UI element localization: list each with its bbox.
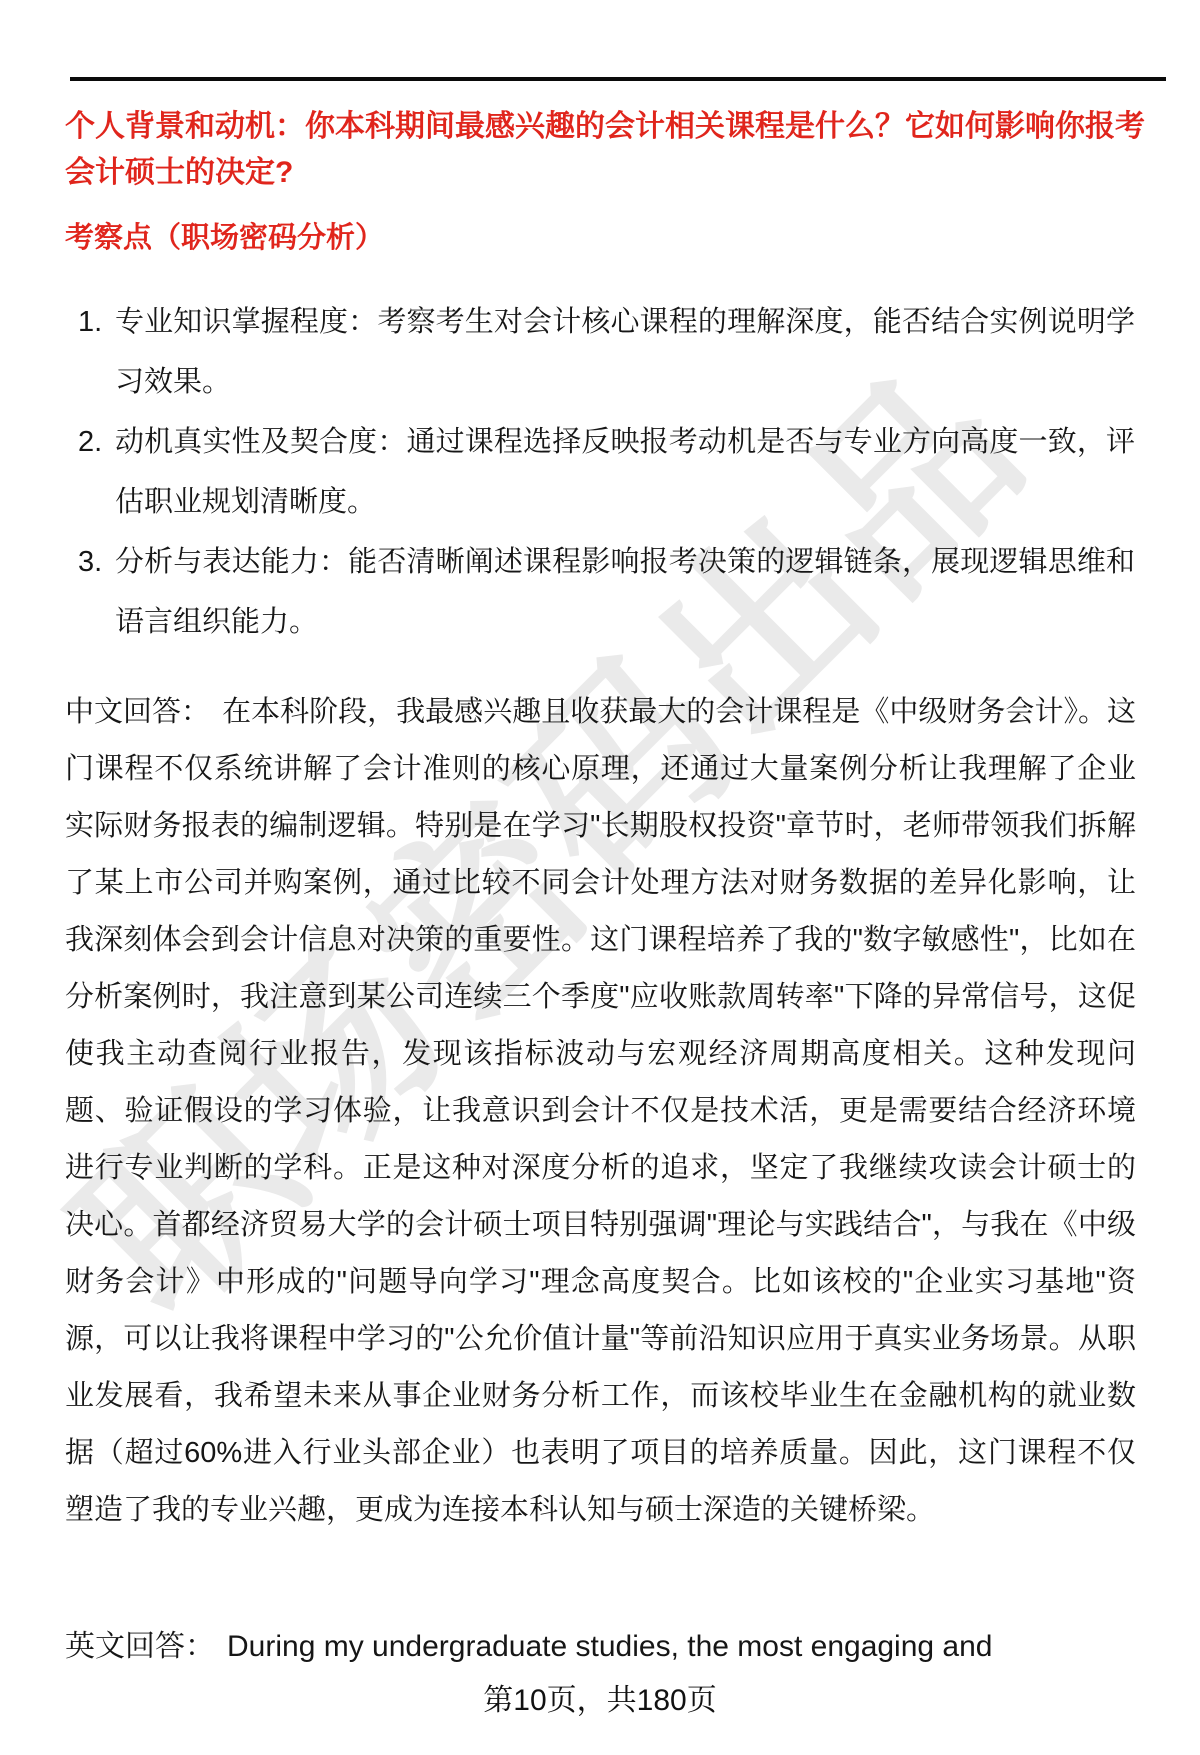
question-heading: 个人背景和动机：你本科期间最感兴趣的会计相关课程是什么？它如何影响你报考会计硕士… [65,104,1155,196]
list-item-text: 专业知识掌握程度：考察考生对会计核心课程的理解深度，能否结合实例说明学习效果。 [115,292,1135,412]
list-item: 3. 分析与表达能力：能否清晰阐述课程影响报考决策的逻辑链条，展现逻辑思维和语言… [65,532,1135,652]
header-divider-rule [70,77,1166,81]
list-item: 2. 动机真实性及契合度：通过课程选择反映报考动机是否与专业方向高度一致，评估职… [65,412,1135,532]
page-content: 个人背景和动机：你本科期间最感兴趣的会计相关课程是什么？它如何影响你报考会计硕士… [0,0,1200,1755]
document-page: 职场密码出品 个人背景和动机：你本科期间最感兴趣的会计相关课程是什么？它如何影响… [0,0,1200,1755]
page-number-footer: 第10页，共180页 [0,1682,1200,1720]
english-answer-label: 英文回答： [65,1630,215,1663]
list-item: 1. 专业知识掌握程度：考察考生对会计核心课程的理解深度，能否结合实例说明学习效… [65,292,1135,412]
english-answer-text: During my undergraduate studies, the mos… [227,1630,992,1663]
list-item-number: 2. [78,412,115,472]
chinese-answer-paragraph: 中文回答：在本科阶段，我最感兴趣且收获最大的会计课程是《中级财务会计》。这门课程… [65,684,1136,1539]
list-item-text: 分析与表达能力：能否清晰阐述课程影响报考决策的逻辑链条，展现逻辑思维和语言组织能… [115,532,1135,652]
english-answer-paragraph: 英文回答：During my undergraduate studies, th… [65,1618,1136,1675]
assessment-points-list: 1. 专业知识掌握程度：考察考生对会计核心课程的理解深度，能否结合实例说明学习效… [65,292,1135,652]
chinese-answer-label: 中文回答： [65,696,210,728]
chinese-answer-text: 在本科阶段，我最感兴趣且收获最大的会计课程是《中级财务会计》。这门课程不仅系统讲… [65,696,1136,1526]
section-heading: 考察点（职场密码分析） [65,218,1135,258]
list-item-number: 3. [78,532,115,592]
list-item-text: 动机真实性及契合度：通过课程选择反映报考动机是否与专业方向高度一致，评估职业规划… [115,412,1135,532]
list-item-number: 1. [78,292,115,352]
